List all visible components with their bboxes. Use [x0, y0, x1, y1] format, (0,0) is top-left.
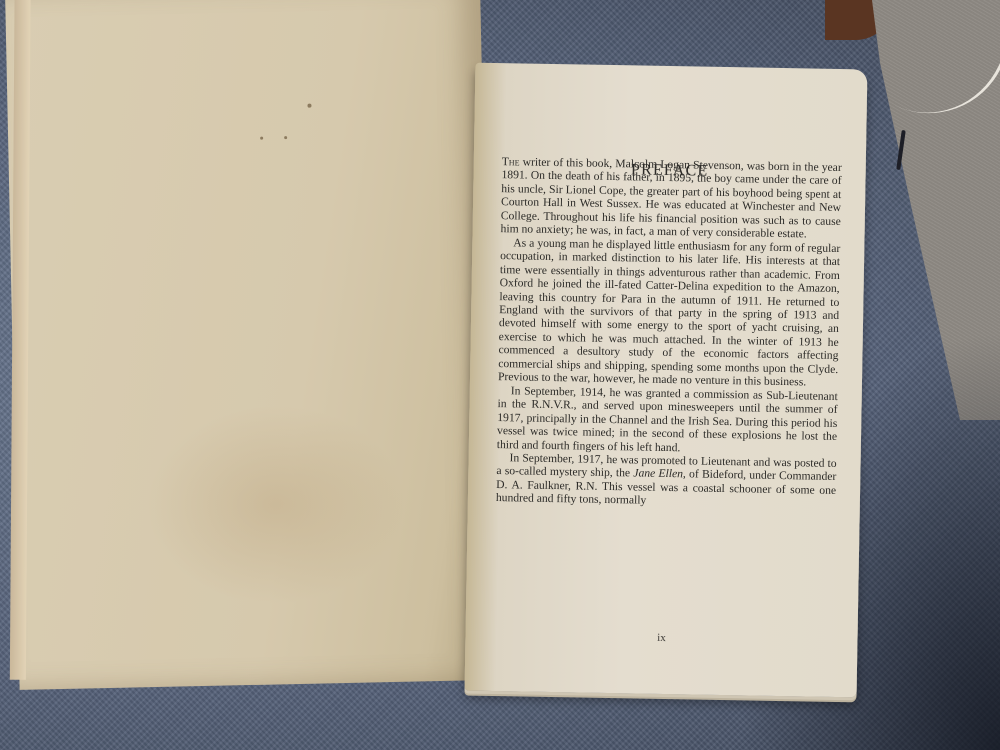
paragraph-lead-smallcaps: The — [502, 155, 520, 168]
paragraph-text: writer of this book, Malcolm Logan Steve… — [500, 155, 841, 240]
paragraph-1: The writer of this book, Malcolm Logan S… — [500, 155, 841, 242]
paragraph-2: As a young man he displayed little enthu… — [498, 236, 841, 390]
right-page-preface: PREFACE The writer of this book, Malcolm… — [465, 63, 868, 698]
paragraph-4: In September, 1917, he was promoted to L… — [496, 451, 837, 511]
paragraph-3: In September, 1914, he was granted a com… — [497, 384, 838, 457]
ship-name-italic: Jane Ellen — [633, 467, 683, 481]
left-page-blank — [5, 0, 495, 690]
preface-body: The writer of this book, Malcolm Logan S… — [496, 155, 842, 511]
foxing-spot — [260, 137, 263, 140]
page-number: ix — [465, 629, 857, 648]
foxing-spot — [284, 136, 287, 139]
book-cover-edge — [10, 0, 31, 680]
foxing-spot — [307, 104, 311, 108]
